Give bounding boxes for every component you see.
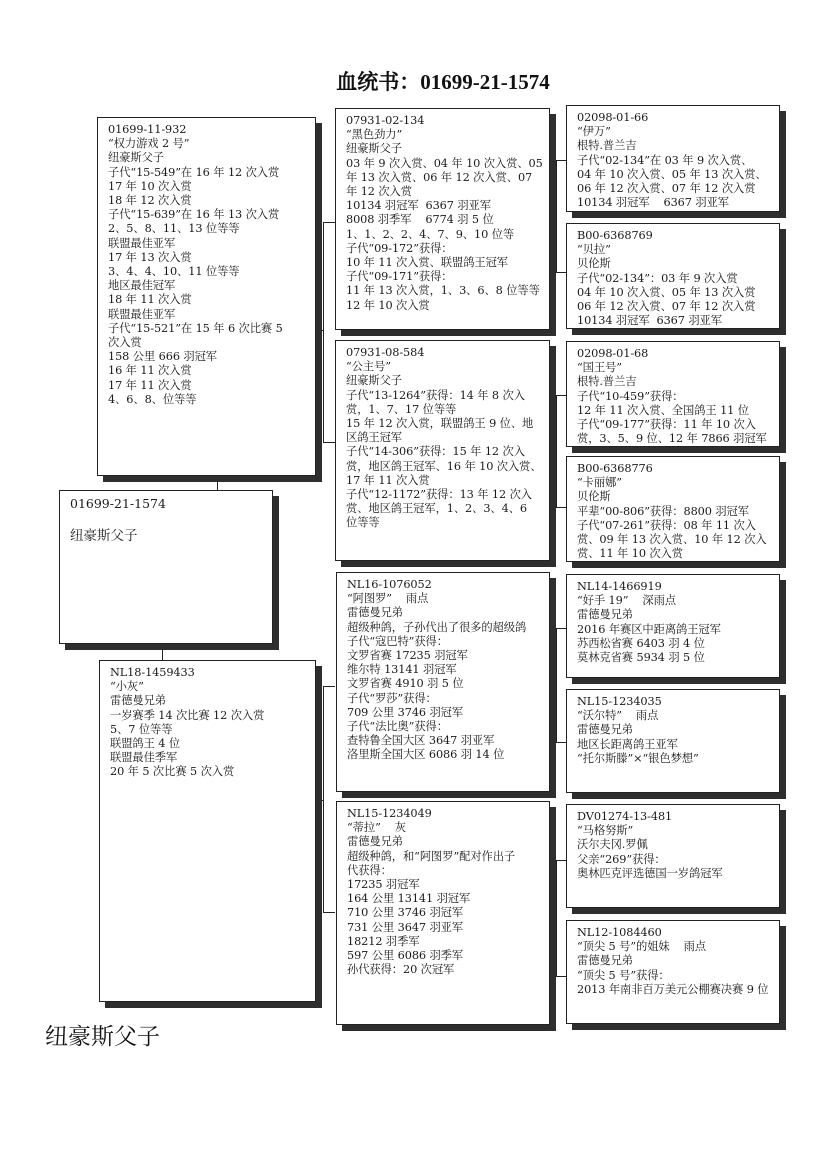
breeder: 根特.普兰吉: [577, 375, 779, 389]
pedigree-title: 血统书：01699-21-1574: [0, 66, 820, 96]
result-line: 一岁赛季 14 次比赛 12 次入赏: [110, 709, 315, 723]
result-line: 子代“09-177”获得：11 年 10 次入: [577, 418, 779, 432]
sire-dam-sire-card: 02098-01-68 “国王号” 根特.普兰吉 子代“10-459”获得： 1…: [566, 341, 780, 447]
breeder: 雷德曼兄弟: [577, 954, 779, 968]
breeder: 雷德曼兄弟: [347, 606, 549, 620]
pigeon-name: “贝拉”: [577, 243, 779, 257]
ring-number: B00-6368769: [577, 229, 779, 243]
result-line: 孙代获得：20 次冠军: [347, 963, 549, 977]
dam-card: NL18-1459433 “小灰” 雷德曼兄弟 一岁赛季 14 次比赛 12 次…: [99, 660, 316, 1002]
result-line: 2013 年南非百万美元公棚赛决赛 9 位: [577, 983, 779, 997]
ring-number: 07931-08-584: [346, 346, 549, 360]
result-line: 超级种鸽，子孙代出了很多的超级鸽: [347, 621, 549, 635]
result-line: 17 年 11 次入赏: [346, 474, 549, 488]
pigeon-name: “顶尖 5 号”的姐妹 雨点: [577, 940, 779, 954]
result-line: 15 年 12 次入赏，联盟鸽王 9 位、地: [346, 417, 549, 431]
result-line: 赏，1、7、17 位等等: [346, 403, 549, 417]
result-line: 子代“02-134”在 03 年 9 次入赏、: [577, 154, 779, 168]
result-line: 597 公里 6086 羽季军: [347, 949, 549, 963]
result-line: 3、4、4、10、11 位等等: [108, 265, 315, 279]
dam-dam-card: NL15-1234049 “蒂拉” 灰 雷德曼兄弟 超级种鸽，和“阿图罗”配对作…: [336, 801, 550, 1025]
connector-ds-bracket: [556, 628, 557, 742]
result-line: 洛里斯全国大区 6086 羽 14 位: [347, 748, 549, 762]
result-line: 子代“13-1264”获得：14 年 8 次入: [346, 389, 549, 403]
connector-dam-top: [323, 686, 335, 687]
breeder: 雷德曼兄弟: [577, 608, 779, 622]
result-line: 子代“10-459”获得：: [577, 390, 779, 404]
result-line: 03 年 9 次入赏、04 年 10 次入赏、05: [346, 157, 549, 171]
pigeon-name: “阿图罗” 雨点: [347, 592, 549, 606]
connector-subject-sire: [217, 476, 218, 490]
sire-dam-card: 07931-08-584 “公主号” 纽豪斯父子 子代“13-1264”获得：1…: [335, 340, 550, 561]
result-line: 子代“15-549”在 16 年 12 次入赏: [108, 166, 315, 180]
pigeon-name: “公主号”: [346, 360, 549, 374]
sire-sire-sire-card: 02098-01-66 “伊万” 根特.普兰吉 子代“02-134”在 03 年…: [566, 105, 780, 212]
result-line: 赏，地区鸽王冠军、16 年 10 次入赏、: [346, 460, 549, 474]
result-line: 联盟最佳亚军: [108, 308, 315, 322]
result-line: 苏西松省赛 6403 羽 4 位: [577, 637, 779, 651]
sire-dam-dam-card: B00-6368776 “卡丽娜” 贝伦斯 平辈“00-806”获得：8800 …: [566, 456, 780, 562]
result-line: 04 年 10 次入赏、05 年 13 次入赏、: [577, 168, 779, 182]
result-line: 04 年 10 次入赏、05 年 13 次入赏: [577, 286, 779, 300]
ring-number: NL16-1076052: [347, 578, 549, 592]
result-line: 子代“罗莎”获得：: [347, 692, 549, 706]
result-line: 子代“09-172”获得：: [346, 242, 549, 256]
result-line: 文罗省赛 4910 羽 5 位: [347, 677, 549, 691]
subject-card: 01699-21-1574 纽豪斯父子: [59, 490, 273, 644]
result-line: 06 年 12 次入赏、07 年 12 次入赏: [577, 182, 779, 196]
result-line: 次入赏: [108, 336, 315, 350]
connector-ss-bracket: [556, 160, 557, 272]
connector-sire-top: [323, 222, 335, 223]
connector-sd-bot: [556, 507, 566, 508]
dam-sire-sire-card: NL14-1466919 “好手 19” 深雨点 雷德曼兄弟 2016 年赛区中…: [566, 574, 780, 678]
ring-number: 01699-11-932: [108, 123, 315, 137]
result-line: 164 公里 13141 羽冠军: [347, 892, 549, 906]
result-line: 17 年 10 次入赏: [108, 180, 315, 194]
result-line: 子代“14-306”获得：15 年 12 次入: [346, 445, 549, 459]
breeder: 沃尔夫冈.罗佩: [577, 838, 779, 852]
pigeon-name: “马格努斯”: [577, 824, 779, 838]
breeder: 雷德曼兄弟: [347, 835, 549, 849]
result-line: 赏、09 年 13 次入赏、10 年 12 次入: [577, 533, 779, 547]
ring-number: NL18-1459433: [110, 666, 315, 680]
connector-ss-top: [556, 160, 566, 161]
result-line: 子代“09-171”获得：: [346, 270, 549, 284]
result-line: 2、5、8、11、13 位等等: [108, 222, 315, 236]
result-line: 年 13 次入赏、06 年 12 次入赏、07: [346, 171, 549, 185]
ring-number: NL15-1234035: [577, 695, 779, 709]
dam-dam-dam-card: NL12-1084460 “顶尖 5 号”的姐妹 雨点 雷德曼兄弟 “顶尖 5 …: [566, 920, 780, 1024]
connector-dam-bot: [323, 912, 335, 913]
result-line: 18 年 12 次入赏: [108, 194, 315, 208]
dam-dam-sire-card: DV01274-13-481 “马格努斯” 沃尔夫冈.罗佩 父亲“269”获得：…: [566, 804, 780, 908]
connector-dam-h: [316, 800, 324, 801]
result-line: 文罗省赛 17235 羽冠军: [347, 649, 549, 663]
result-line: 1、1、2、2、4、7、9、10 位等: [346, 228, 549, 242]
connector-sd-top: [556, 395, 566, 396]
result-line: 16 年 11 次入赏: [108, 364, 315, 378]
breeder: 雷德曼兄弟: [110, 694, 315, 708]
pigeon-name: “黑色劲力”: [346, 128, 549, 142]
connector-subject-dam: [162, 644, 163, 660]
result-line: 子代“12-1172”获得：13 年 12 次入: [346, 488, 549, 502]
result-line: 12 年 11 次入赏、全国鸽王 11 位: [577, 404, 779, 418]
result-line: 18212 羽季军: [347, 935, 549, 949]
result-line: 地区最佳冠军: [108, 279, 315, 293]
result-line: 父亲“269”获得：: [577, 853, 779, 867]
result-line: 代获得：: [347, 864, 549, 878]
result-line: 子代“02-134”：03 年 9 次入赏: [577, 272, 779, 286]
result-line: 莫林克省赛 5934 羽 5 位: [577, 651, 779, 665]
pigeon-name: “权力游戏 2 号”: [108, 137, 315, 151]
pigeon-name: “国王号”: [577, 361, 779, 375]
result-line: 地区长距离鸽王亚军: [577, 738, 779, 752]
result-line: 维尔特 13141 羽冠军: [347, 663, 549, 677]
result-line: 超级种鸽，和“阿图罗”配对作出子: [347, 850, 549, 864]
pigeon-name: “伊万”: [577, 125, 779, 139]
subject-ring-number: 01699-21-1574: [70, 497, 272, 511]
breeder: 贝伦斯: [577, 257, 779, 271]
result-line: 17 年 11 次入赏: [108, 379, 315, 393]
result-line: “顶尖 5 号”获得：: [577, 969, 779, 983]
result-line: 731 公里 3647 羽亚军: [347, 921, 549, 935]
breeder: 纽豪斯父子: [346, 142, 549, 156]
result-line: 10134 羽冠军 6367 羽亚军: [577, 196, 779, 210]
result-line: 赏、11 年 10 次入赏: [577, 547, 779, 561]
ring-number: DV01274-13-481: [577, 810, 779, 824]
result-line: 4、6、8、位等等: [108, 393, 315, 407]
connector-sd-bracket: [556, 395, 557, 507]
result-line: 709 公里 3746 羽冠军: [347, 706, 549, 720]
result-line: 18 年 11 次入赏: [108, 293, 315, 307]
ring-number: NL12-1084460: [577, 926, 779, 940]
result-line: 区鸽王冠军: [346, 431, 549, 445]
result-line: 20 年 5 次比赛 5 次入赏: [110, 765, 315, 779]
pigeon-name: “卡丽娜”: [577, 476, 779, 490]
connector-ss-bot: [556, 272, 566, 273]
breeder: 根特.普兰吉: [577, 139, 779, 153]
result-line: 10134 羽冠军 6367 羽亚军: [577, 314, 779, 328]
result-line: 12 年 10 次入赏: [346, 299, 549, 313]
result-line: “托尔斯滕”×“银色梦想”: [577, 752, 779, 766]
result-line: 赏，3、5、9 位、12 年 7866 羽冠军: [577, 432, 779, 446]
sire-card: 01699-11-932 “权力游戏 2 号” 纽豪斯父子 子代“15-549”…: [97, 117, 316, 476]
breeder: 纽豪斯父子: [346, 374, 549, 388]
connector-dd-top: [556, 860, 566, 861]
result-line: 10134 羽冠军 6367 羽亚军: [346, 199, 549, 213]
result-line: 赏、地区鸽王冠军，1、2、3、4、6: [346, 502, 549, 516]
result-line: 06 年 12 次入赏、07 年 12 次入赏: [577, 300, 779, 314]
pigeon-name: “沃尔特” 雨点: [577, 709, 779, 723]
pigeon-name: “蒂拉” 灰: [347, 821, 549, 835]
result-line: 8008 羽季军 6774 羽 5 位: [346, 213, 549, 227]
ring-number: 02098-01-68: [577, 347, 779, 361]
breeder-footer: 纽豪斯父子: [45, 1018, 160, 1051]
ring-number: 02098-01-66: [577, 111, 779, 125]
connector-sire-h: [316, 330, 324, 331]
result-line: 11 年 13 次入赏，1、3、6、8 位等等: [346, 284, 549, 298]
result-line: 联盟鸽王 4 位: [110, 737, 315, 751]
result-line: 10 年 11 次入赏、联盟鸽王冠军: [346, 256, 549, 270]
result-line: 17 年 13 次入赏: [108, 251, 315, 265]
connector-ds-bot: [556, 742, 566, 743]
result-line: 联盟最佳亚军: [108, 237, 315, 251]
sire-sire-card: 07931-02-134 “黑色劲力” 纽豪斯父子 03 年 9 次入赏、04 …: [335, 108, 550, 330]
breeder: 雷德曼兄弟: [577, 723, 779, 737]
result-line: 710 公里 3746 羽冠军: [347, 906, 549, 920]
ring-number: NL14-1466919: [577, 580, 779, 594]
result-line: 奥林匹克评选德国一岁鸽冠军: [577, 867, 779, 881]
dam-sire-card: NL16-1076052 “阿图罗” 雨点 雷德曼兄弟 超级种鸽，子孙代出了很多…: [336, 572, 550, 792]
result-line: 17235 羽冠军: [347, 878, 549, 892]
result-line: 2016 年赛区中距离鸽王冠军: [577, 623, 779, 637]
connector-sire-bracket: [323, 222, 324, 442]
result-line: 子代“法比奥”获得：: [347, 720, 549, 734]
breeder: 贝伦斯: [577, 490, 779, 504]
pigeon-name: “好手 19” 深雨点: [577, 594, 779, 608]
result-line: 子代“15-639”在 16 年 13 次入赏: [108, 208, 315, 222]
result-line: 子代“07-261”获得：08 年 11 次入: [577, 519, 779, 533]
subject-breeder: 纽豪斯父子: [70, 529, 272, 543]
connector-dam-bracket: [323, 686, 324, 912]
ring-number: NL15-1234049: [347, 807, 549, 821]
sire-sire-dam-card: B00-6368769 “贝拉” 贝伦斯 子代“02-134”：03 年 9 次…: [566, 223, 780, 329]
result-line: 联盟最佳季军: [110, 751, 315, 765]
result-line: 位等等: [346, 516, 549, 530]
connector-sire-bot: [323, 442, 335, 443]
connector-dd-bot: [556, 976, 566, 977]
dam-sire-dam-card: NL15-1234035 “沃尔特” 雨点 雷德曼兄弟 地区长距离鸽王亚军 “托…: [566, 689, 780, 793]
result-line: 158 公里 666 羽冠军: [108, 350, 315, 364]
connector-ds-top: [556, 628, 566, 629]
result-line: 子代“15-521”在 15 年 6 次比赛 5: [108, 322, 315, 336]
result-line: 平辈“00-806”获得：8800 羽冠军: [577, 505, 779, 519]
result-line: 5、7 位等等: [110, 723, 315, 737]
ring-number: B00-6368776: [577, 462, 779, 476]
pigeon-name: “小灰”: [110, 680, 315, 694]
connector-dd-bracket: [556, 860, 557, 976]
result-line: 子代“寇巴特”获得：: [347, 635, 549, 649]
breeder: 纽豪斯父子: [108, 151, 315, 165]
result-line: 年 12 次入赏: [346, 185, 549, 199]
ring-number: 07931-02-134: [346, 114, 549, 128]
result-line: 查特鲁全国大区 3647 羽亚军: [347, 734, 549, 748]
